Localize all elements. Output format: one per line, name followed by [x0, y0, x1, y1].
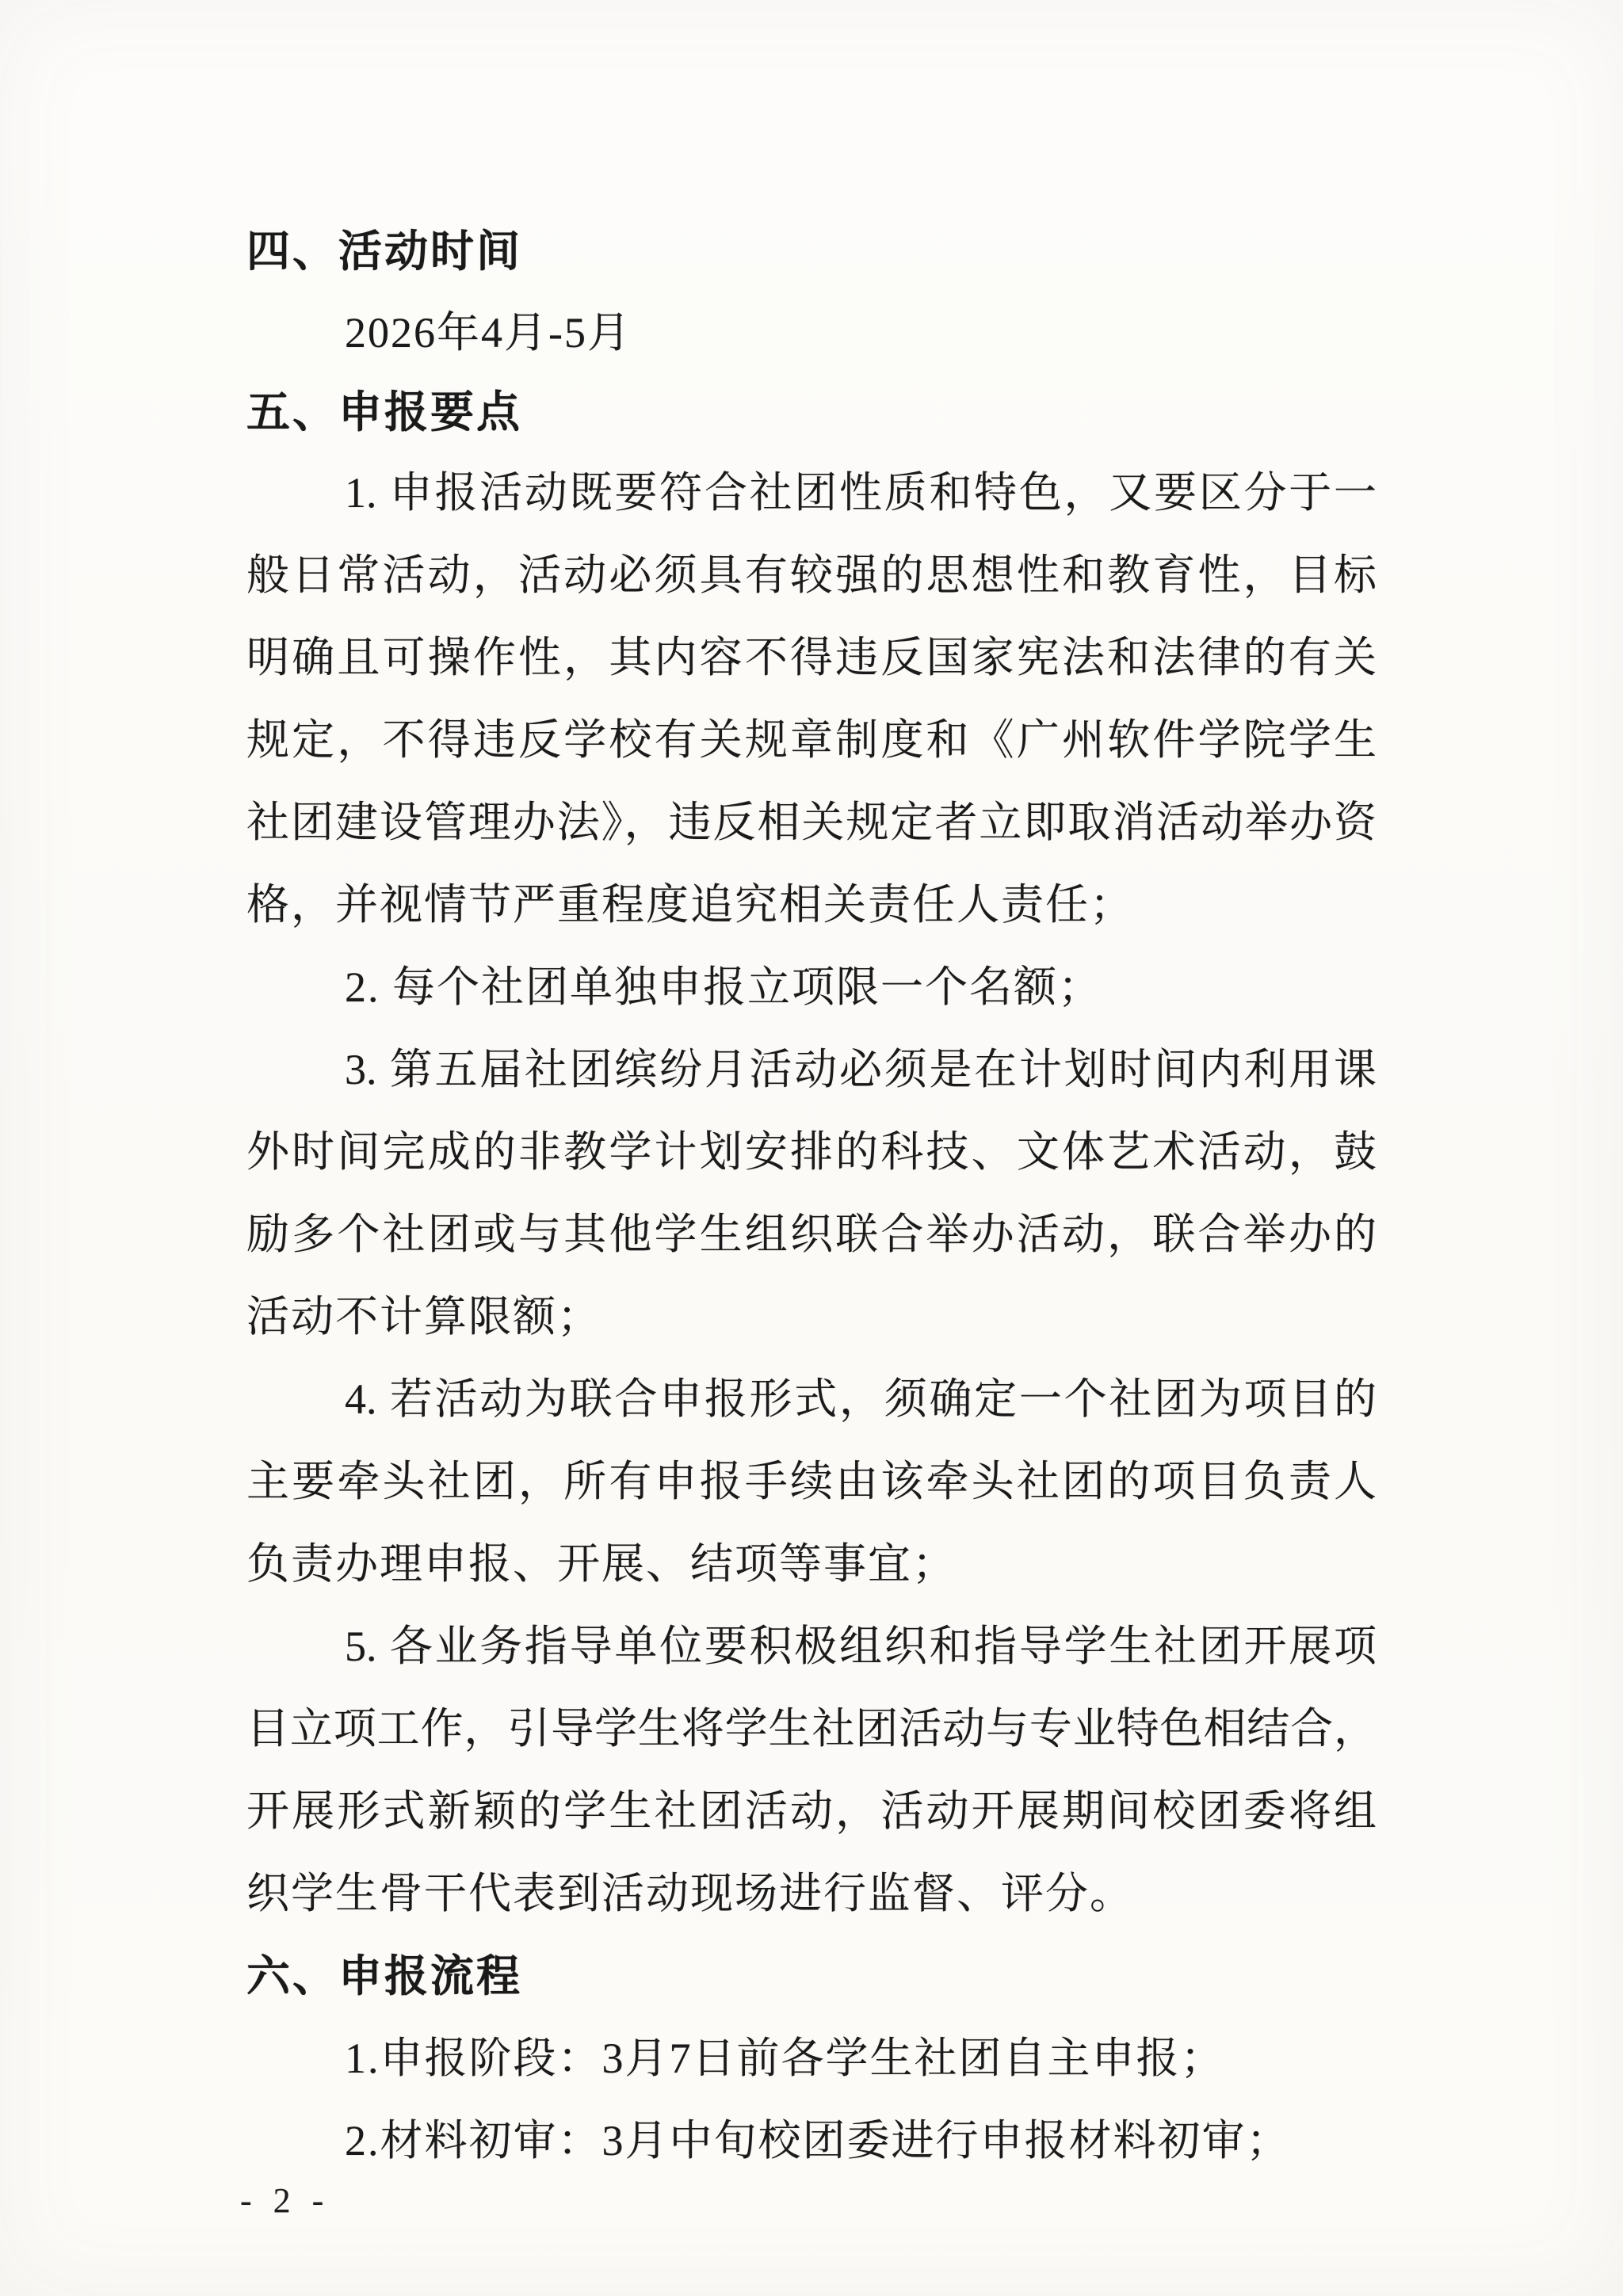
para-3-line-4: 活动不计算限额； — [246, 1292, 1377, 1343]
heading-section-6-application-process: 六、申报流程 — [246, 1951, 1377, 2002]
process-step-1: 1.申报阶段：3月7日前各学生社团自主申报； — [246, 2034, 1377, 2084]
para-4-line-3: 负责办理申报、开展、结项等事宜； — [246, 1539, 1377, 1590]
para-1-line-6: 格，并视情节严重程度追究相关责任人责任； — [246, 880, 1377, 931]
para-5-line-2: 目立项工作，引导学生将学生社团活动与专业特色相结合， — [246, 1704, 1377, 1755]
para-2-line-1: 2. 每个社团单独申报立项限一个名额； — [246, 963, 1377, 1013]
process-step-2: 2.材料初审：3月中旬校团委进行申报材料初审； — [246, 2116, 1377, 2167]
para-1-line-3: 明确且可操作性，其内容不得违反国家宪法和法律的有关 — [246, 633, 1377, 684]
heading-section-4-activity-time: 四、活动时间 — [246, 227, 1377, 277]
para-4-line-2: 主要牵头社团，所有申报手续由该牵头社团的项目负责人 — [246, 1457, 1377, 1508]
para-1-line-1: 1. 申报活动既要符合社团性质和特色，又要区分于一 — [246, 468, 1377, 519]
heading-section-5-key-points: 五、申报要点 — [246, 387, 1377, 438]
para-3-line-1: 3. 第五届社团缤纷月活动必须是在计划时间内利用课 — [246, 1045, 1377, 1096]
para-4-line-1: 4. 若活动为联合申报形式，须确定一个社团为项目的 — [246, 1375, 1377, 1425]
para-3-line-3: 励多个社团或与其他学生组织联合举办活动，联合举办的 — [246, 1210, 1377, 1261]
para-1-line-2: 般日常活动，活动必须具有较强的思想性和教育性，目标 — [246, 551, 1377, 601]
para-5-line-4: 织学生骨干代表到活动现场进行监督、评分。 — [246, 1869, 1377, 1920]
page-number: - 2 - — [240, 2180, 330, 2221]
document-page: 四、活动时间 2026年4月-5月 五、申报要点 1. 申报活动既要符合社团性质… — [0, 0, 1623, 2296]
activity-time-value: 2026年4月-5月 — [246, 308, 1377, 359]
para-5-line-3: 开展形式新颖的学生社团活动，活动开展期间校团委将组 — [246, 1787, 1377, 1837]
para-1-line-5: 社团建设管理办法》，违反相关规定者立即取消活动举办资 — [246, 798, 1377, 849]
para-1-line-4: 规定，不得违反学校有关规章制度和《广州软件学院学生 — [246, 715, 1377, 766]
para-5-line-1: 5. 各业务指导单位要积极组织和指导学生社团开展项 — [246, 1622, 1377, 1672]
para-3-line-2: 外时间完成的非教学计划安排的科技、文体艺术活动，鼓 — [246, 1127, 1377, 1178]
